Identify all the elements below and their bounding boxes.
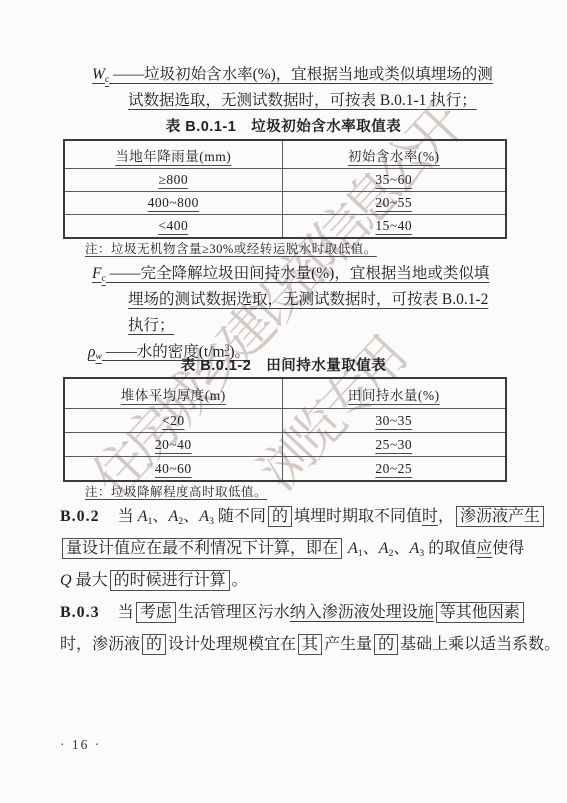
text-line: Q 最大的时候进行计算。 [60, 565, 507, 597]
table-row: <400 15~40 [64, 215, 506, 239]
table-note-1: 注：垃圾无机物含量≥30%或经转运脱水时取低值。 [85, 240, 532, 258]
column-header: 当地年降雨量(mm) [115, 149, 231, 164]
table-caption-2: 表 B.0.1-2 田间持水量取值表 [60, 356, 507, 376]
table-cell: 15~40 [375, 218, 412, 233]
text-line: 量设计值应在最不利情况下计算，即在 A1、A2、A3 的取值应使得 [60, 533, 507, 565]
page-content: Wc ——垃圾初始含水率(%)，宜根据当地或类似填埋场的测 试数据选取，无测试数… [0, 0, 567, 803]
text-line: 埋场的测试数据选取，无测试数据时，可按表 B.0.1-2 [128, 287, 507, 313]
table-header-row: 当地年降雨量(mm) 初始含水率(%) [64, 140, 506, 169]
table-cell: 40~60 [155, 461, 192, 476]
clause-b02: B.0.2 当 A1、A2、A3 随不同的填埋时期取不同值时，渗沥液产生 量设计… [60, 501, 507, 597]
table-initial-moisture: 当地年降雨量(mm) 初始含水率(%) ≥800 35~60 400~800 2… [60, 139, 507, 239]
table-field-capacity: 堆体平均厚度(m) 田间持水量(%) <20 30~35 20~40 25~30… [60, 377, 507, 482]
table-row: 400~800 20~55 [64, 192, 506, 215]
page-number: · 16 · [60, 737, 101, 753]
table-cell: 20~25 [375, 461, 412, 476]
table-cell: 20~55 [375, 195, 412, 210]
table-header-row: 堆体平均厚度(m) 田间持水量(%) [64, 378, 506, 409]
table-cell: 400~800 [148, 195, 199, 210]
table-cell: <20 [162, 413, 185, 428]
table-cell: <400 [158, 218, 188, 233]
text-line: Wc ——垃圾初始含水率(%)，宜根据当地或类似填埋场的测 [92, 62, 507, 88]
text-line: 时，渗沥液的设计处理规模宜在其产生量的基础上乘以适当系数。 [60, 629, 507, 661]
table-row: <20 30~35 [64, 409, 506, 433]
table-cell: 25~30 [375, 437, 412, 452]
table-cell: 30~35 [375, 413, 412, 428]
table-note-2: 注：垃圾降解程度高时取低值。 [85, 483, 532, 501]
table-cell: ≥800 [158, 172, 188, 187]
column-header: 初始含水率(%) [348, 149, 440, 164]
text-line: Fc ——完全降解垃圾田间持水量(%)，宜根据当地或类似填 [92, 261, 507, 287]
definition-wc: Wc ——垃圾初始含水率(%)，宜根据当地或类似填埋场的测 试数据选取，无测试数… [60, 62, 507, 114]
clause-b03: B.0.3 当考虑生活管理区污水纳入渗沥液处理设施等其他因素 时，渗沥液的设计处… [60, 597, 507, 661]
table-caption-1: 表 B.0.1-1 垃圾初始含水率取值表 [60, 117, 507, 137]
column-header: 堆体平均厚度(m) [121, 388, 226, 403]
column-header: 田间持水量(%) [348, 388, 440, 403]
text-line: B.0.3 当考虑生活管理区污水纳入渗沥液处理设施等其他因素 [60, 597, 507, 629]
table-row: 20~40 25~30 [64, 433, 506, 457]
text-line: 试数据选取，无测试数据时，可按表 B.0.1-1 执行； [128, 88, 507, 114]
table-cell: 35~60 [375, 172, 412, 187]
table-row: 40~60 20~25 [64, 457, 506, 482]
definition-fc: Fc ——完全降解垃圾田间持水量(%)，宜根据当地或类似填 埋场的测试数据选取，… [60, 261, 507, 339]
document-page: 住房城乡建设部信息公开 浏览专用 Wc ——垃圾初始含水率(%)，宜根据当地或类… [0, 0, 567, 803]
table-cell: 20~40 [155, 437, 192, 452]
table-row: ≥800 35~60 [64, 169, 506, 192]
text-line: B.0.2 当 A1、A2、A3 随不同的填埋时期取不同值时，渗沥液产生 [60, 501, 507, 533]
